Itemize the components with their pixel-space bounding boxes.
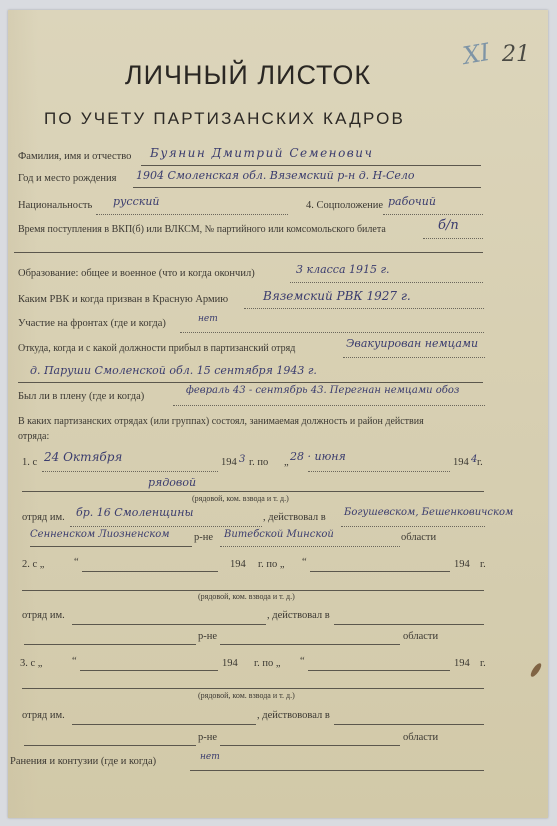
unit1-position: рядовой xyxy=(148,476,196,489)
unit3-num: 3. с „ xyxy=(20,658,42,669)
unit2-from-year: 194 xyxy=(230,559,246,570)
document-title: ЛИЧНЫЙ ЛИСТОК xyxy=(8,60,488,91)
unit2-g-po: г. по „ xyxy=(258,559,285,570)
unit3-region-label: области xyxy=(403,732,438,743)
unit1-region-label: области xyxy=(401,532,436,543)
units-intro-line2: отряда: xyxy=(18,431,49,442)
rvk-value: Вяземский РВК 1927 г. xyxy=(263,289,411,303)
unit1-to-year: 194 xyxy=(453,457,469,468)
fronts-value: нет xyxy=(198,314,218,324)
unit3-district-label: р-не xyxy=(198,732,217,743)
unit1-g-po: г. по xyxy=(249,457,268,468)
social-origin-value: рабочий xyxy=(388,195,436,208)
unit3-position-hint: (рядовой, ком. взвода и т. д.) xyxy=(198,691,295,700)
unit1-district-value: Сенненском Лиозненском xyxy=(30,529,170,540)
unit1-quote: „ xyxy=(284,457,289,468)
birth-label: Год и место рождения xyxy=(18,173,116,184)
unit1-acted-value: Богушевском, Бешенковичском xyxy=(344,507,513,518)
party-entry-value: б/п xyxy=(438,218,459,233)
document-sheet: ЛИЧНЫЙ ЛИСТОК ПО УЧЕТУ ПАРТИЗАНСКИХ КАДР… xyxy=(8,10,548,818)
unit1-district-label: р-не xyxy=(194,532,213,543)
full-name-value: Буянин Дмитрий Семенович xyxy=(150,146,373,160)
unit2-quote-from: “ xyxy=(74,557,79,568)
arrival-value-line2: д. Паруши Смоленской обл. 15 сентября 19… xyxy=(30,364,317,377)
document-subtitle: ПО УЧЕТУ ПАРТИЗАНСКИХ КАДРОВ xyxy=(44,109,405,129)
nationality-label: Национальность xyxy=(18,200,92,211)
unit2-quote-to: “ xyxy=(302,557,307,568)
rvk-label: Каким РВК и когда призван в Красную Арми… xyxy=(18,294,228,305)
arrival-label: Откуда, когда и с какой должности прибыл… xyxy=(18,343,295,354)
wounds-value: нет xyxy=(200,752,220,762)
unit1-from-year: 194 xyxy=(221,457,237,468)
unit3-from-year: 194 xyxy=(222,658,238,669)
unit2-region-label: области xyxy=(403,631,438,642)
archive-mark-crossed: XI xyxy=(461,38,492,70)
unit1-from-year-suffix: 3 xyxy=(239,454,245,465)
unit2-g-end: г. xyxy=(480,559,486,570)
ink-spot xyxy=(529,662,543,679)
birth-value: 1904 Смоленская обл. Вяземский р-н д. Н-… xyxy=(136,169,415,182)
unit3-g-po: г. по „ xyxy=(254,658,281,669)
unit1-unit-name: бр. 16 Смоленщины xyxy=(76,506,193,519)
unit2-district-label: р-не xyxy=(198,631,217,642)
unit2-acted-label: , действовал в xyxy=(267,610,330,621)
unit1-unit-label: отряд им. xyxy=(22,512,65,523)
units-intro-line1: В каких партизанских отрядах (или группа… xyxy=(18,416,424,427)
unit3-g-end: г. xyxy=(480,658,486,669)
unit1-to-date: 28 · июня xyxy=(290,450,346,463)
archive-mark-number: 21 xyxy=(502,42,530,67)
full-name-label: Фамилия, имя и отчество xyxy=(18,151,131,162)
unit3-unit-label: отряд им. xyxy=(22,710,65,721)
unit1-acted-label: , действовал в xyxy=(263,512,326,523)
unit1-g-end: г. xyxy=(477,457,483,468)
wounds-label: Ранения и контузии (где и когда) xyxy=(10,756,156,767)
unit3-quote-to: “ xyxy=(300,656,305,667)
captivity-label: Был ли в плену (где и когда) xyxy=(18,391,144,402)
unit3-quote-from: “ xyxy=(72,656,77,667)
unit3-to-year: 194 xyxy=(454,658,470,669)
unit2-to-year: 194 xyxy=(454,559,470,570)
party-entry-label: Время поступления в ВКП(б) или ВЛКСМ, № … xyxy=(18,224,386,235)
nationality-value: русский xyxy=(113,195,159,208)
unit1-region-value: Витебской Минской xyxy=(224,529,334,540)
unit1-from-date: 24 Октября xyxy=(44,450,122,464)
unit1-position-hint: (рядовой, ком. взвода и т. д.) xyxy=(192,494,289,503)
fronts-label: Участие на фронтах (где и когда) xyxy=(18,318,166,329)
unit2-position-hint: (рядовой, ком. взвода и т. д.) xyxy=(198,592,295,601)
unit3-acted-label: , действововал в xyxy=(257,710,330,721)
captivity-value: февраль 43 - сентябрь 43. Перегнан немца… xyxy=(186,385,459,396)
arrival-value-line1: Эвакуирован немцами xyxy=(346,337,478,350)
education-value: 3 класса 1915 г. xyxy=(296,263,390,276)
education-label: Образование: общее и военное (что и когд… xyxy=(18,268,255,279)
unit2-num: 2. с „ xyxy=(22,559,44,570)
unit2-unit-label: отряд им. xyxy=(22,610,65,621)
social-origin-label: 4. Соцположение xyxy=(306,200,383,211)
unit1-num: 1. с xyxy=(22,457,37,468)
